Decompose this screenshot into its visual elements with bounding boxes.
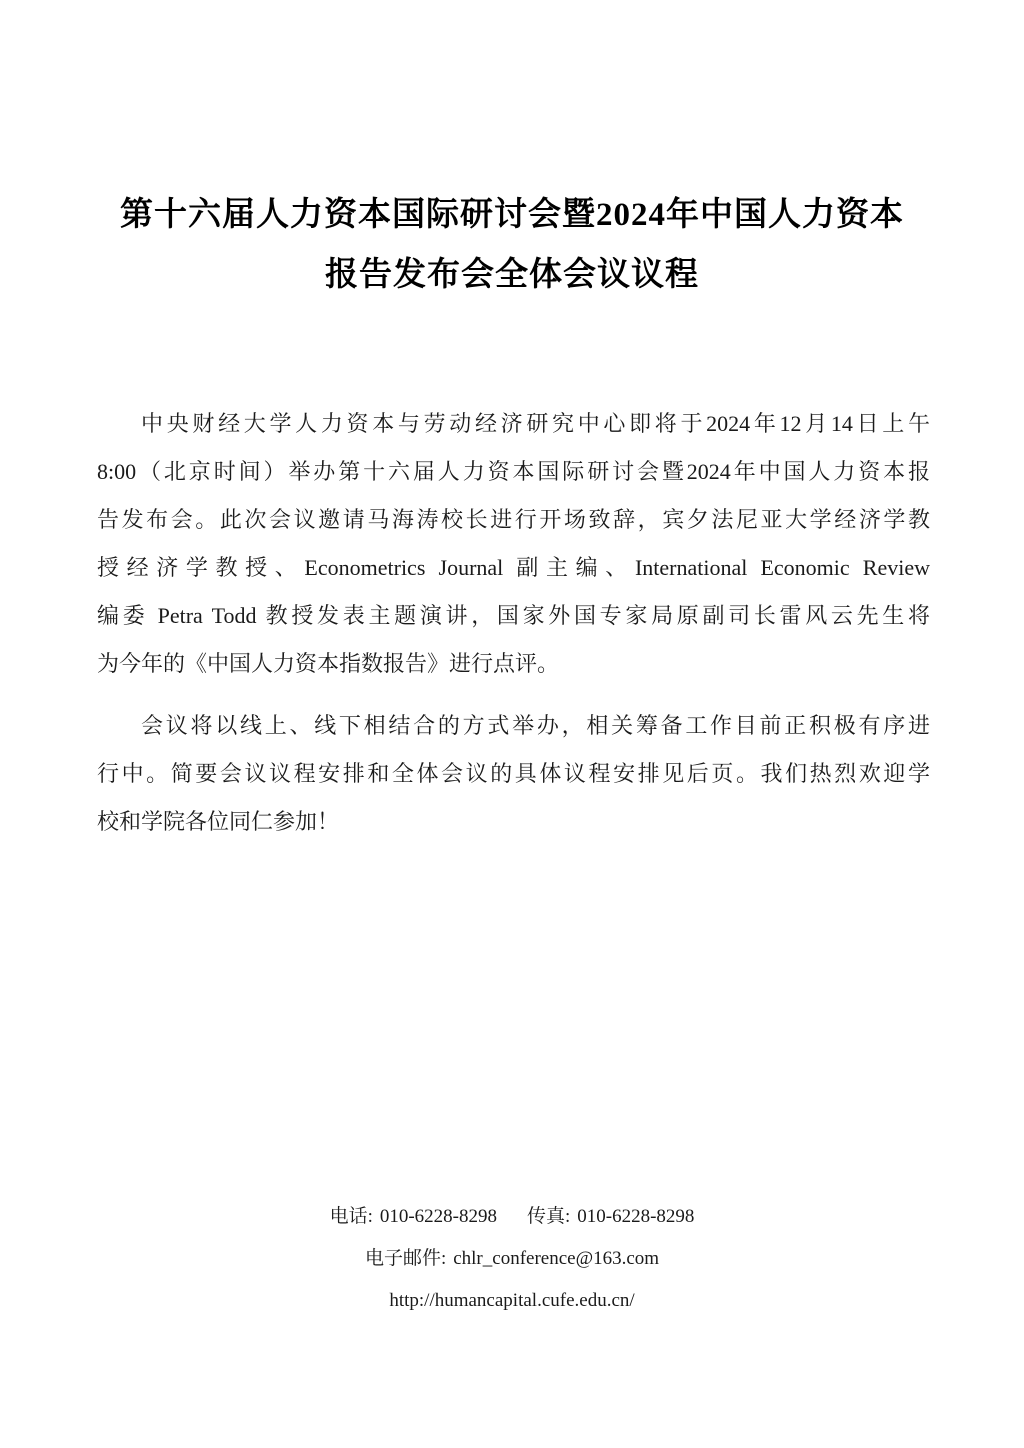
contact-website-line: http://humancapital.cufe.edu.cn/ <box>0 1280 1024 1322</box>
title-line-2: 报告发布会全体会议议程 <box>0 245 1024 305</box>
contact-block: 电话:010-6228-8298传真:010-6228-8298 电子邮件:ch… <box>0 1196 1024 1322</box>
body-line: 中央财经大学人力资本与劳动经济研究中心即将于2024年12月14日上午 <box>97 400 930 448</box>
contact-email-line: 电子邮件:chlr_conference@163.com <box>0 1238 1024 1280</box>
phone-label: 电话: <box>330 1206 373 1227</box>
body-line: 告发布会。此次会议邀请马海涛校长进行开场致辞，宾夕法尼亚大学经济学教 <box>97 496 930 544</box>
body-line: 编委 Petra Todd 教授发表主题演讲，国家外国专家局原副司长雷风云先生将 <box>97 592 930 640</box>
body-line: 会议将以线上、线下相结合的方式举办，相关筹备工作目前正积极有序进 <box>97 702 930 750</box>
document-page: 第十六届人力资本国际研讨会暨2024年中国人力资本 报告发布会全体会议议程 中央… <box>0 0 1024 1448</box>
phone-number: 010-6228-8298 <box>380 1206 497 1227</box>
body-line: 行中。简要会议议程安排和全体会议的具体议程安排见后页。我们热烈欢迎学 <box>97 750 930 798</box>
document-body: 中央财经大学人力资本与劳动经济研究中心即将于2024年12月14日上午 8:00… <box>97 400 930 846</box>
document-title: 第十六届人力资本国际研讨会暨2024年中国人力资本 报告发布会全体会议议程 <box>0 0 1024 305</box>
body-line: 授经济学教授、Econometrics Journal 副主编、Internat… <box>97 544 930 592</box>
paragraph-arrangements: 会议将以线上、线下相结合的方式举办，相关筹备工作目前正积极有序进 行中。简要会议… <box>97 702 930 846</box>
contact-phone-fax-line: 电话:010-6228-8298传真:010-6228-8298 <box>0 1196 1024 1238</box>
website-url: http://humancapital.cufe.edu.cn/ <box>389 1290 634 1311</box>
body-line: 8:00（北京时间）举办第十六届人力资本国际研讨会暨2024年中国人力资本报 <box>97 448 930 496</box>
email-address: chlr_conference@163.com <box>453 1248 659 1269</box>
paragraph-introduction: 中央财经大学人力资本与劳动经济研究中心即将于2024年12月14日上午 8:00… <box>97 400 930 688</box>
fax-label: 传真: <box>527 1206 570 1227</box>
body-line: 校和学院各位同仁参加！ <box>97 798 930 846</box>
email-label: 电子邮件: <box>365 1248 446 1269</box>
fax-number: 010-6228-8298 <box>577 1206 694 1227</box>
title-line-1: 第十六届人力资本国际研讨会暨2024年中国人力资本 <box>0 185 1024 245</box>
body-line: 为今年的《中国人力资本指数报告》进行点评。 <box>97 640 930 688</box>
